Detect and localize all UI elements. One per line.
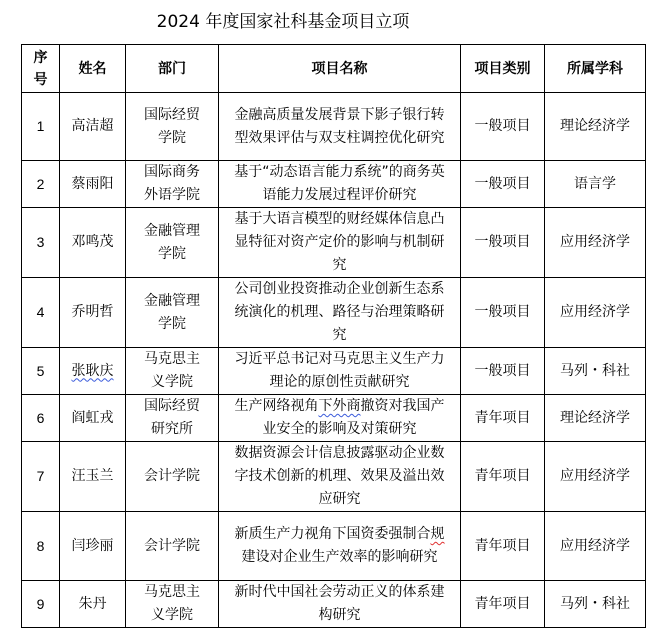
cell-dept: 国际经贸学院: [126, 93, 219, 161]
cell-seq: 9: [22, 581, 60, 628]
table-row: 2 蔡雨阳 国际商务外语学院 基于“动态语言能力系统”的商务英语能力发展过程评价…: [22, 161, 646, 208]
cell-seq: 1: [22, 93, 60, 161]
table-row: 8 闫珍丽 会计学院 新质生产力视角下国资委强制合规建设对企业生产效率的影响研究…: [22, 512, 646, 581]
cell-category: 一般项目: [461, 161, 545, 208]
cell-seq: 2: [22, 161, 60, 208]
project-text-spellcheck-underlined: 下外商: [319, 398, 361, 414]
cell-project: 基于大语言模型的财经媒体信息凸显特征对资产定价的影响与机制研究: [219, 208, 461, 278]
cell-project: 公司创业投资推动企业创新生态系统演化的机理、路径与治理策略研究: [219, 278, 461, 348]
cell-category: 青年项目: [461, 512, 545, 581]
header-dept: 部门: [126, 45, 219, 93]
header-project: 项目名称: [219, 45, 461, 93]
cell-discipline: 应用经济学: [545, 208, 646, 278]
cell-discipline: 应用经济学: [545, 512, 646, 581]
cell-discipline: 语言学: [545, 161, 646, 208]
cell-seq: 7: [22, 442, 60, 512]
project-text: 建设对企业生产效率的影响研究: [242, 549, 438, 565]
table-row: 3 邓鸣茂 金融管理学院 基于大语言模型的财经媒体信息凸显特征对资产定价的影响与…: [22, 208, 646, 278]
cell-project: 习近平总书记对马克思主义生产力理论的原创性贡献研究: [219, 348, 461, 395]
cell-dept: 金融管理学院: [126, 208, 219, 278]
cell-project: 基于“动态语言能力系统”的商务英语能力发展过程评价研究: [219, 161, 461, 208]
cell-discipline: 理论经济学: [545, 395, 646, 442]
cell-dept: 会计学院: [126, 442, 219, 512]
cell-category: 一般项目: [461, 93, 545, 161]
cell-discipline: 应用经济学: [545, 278, 646, 348]
table-row: 6 阎虹戎 国际经贸研究所 生产网络视角下外商撤资对我国产业安全的影响及对策研究…: [22, 395, 646, 442]
project-text: 新质生产力视角下国资委强制合: [235, 526, 431, 542]
cell-seq: 6: [22, 395, 60, 442]
cell-dept: 国际商务外语学院: [126, 161, 219, 208]
header-name: 姓名: [60, 45, 126, 93]
table-row: 7 汪玉兰 会计学院 数据资源会计信息披露驱动企业数字技术创新的机理、效果及溢出…: [22, 442, 646, 512]
cell-seq: 3: [22, 208, 60, 278]
cell-category: 青年项目: [461, 442, 545, 512]
cell-seq: 5: [22, 348, 60, 395]
cell-category: 一般项目: [461, 208, 545, 278]
cell-dept: 马克思主义学院: [126, 581, 219, 628]
cell-name: 乔明哲: [60, 278, 126, 348]
cell-dept: 国际经贸研究所: [126, 395, 219, 442]
table-row: 4 乔明哲 金融管理学院 公司创业投资推动企业创新生态系统演化的机理、路径与治理…: [22, 278, 646, 348]
cell-name: 朱丹: [60, 581, 126, 628]
cell-project: 生产网络视角下外商撤资对我国产业安全的影响及对策研究: [219, 395, 461, 442]
cell-project: 数据资源会计信息披露驱动企业数字技术创新的机理、效果及溢出效应研究: [219, 442, 461, 512]
cell-dept: 金融管理学院: [126, 278, 219, 348]
cell-discipline: 马列・科社: [545, 581, 646, 628]
cell-name: 汪玉兰: [60, 442, 126, 512]
cell-seq: 8: [22, 512, 60, 581]
table-header-row: 序号 姓名 部门 项目名称 项目类别 所属学科: [22, 45, 646, 93]
cell-category: 青年项目: [461, 395, 545, 442]
cell-dept: 马克思主义学院: [126, 348, 219, 395]
cell-dept: 会计学院: [126, 512, 219, 581]
grant-table: 序号 姓名 部门 项目名称 项目类别 所属学科 1 高洁超 国际经贸学院 金融高…: [21, 44, 646, 628]
cell-discipline: 应用经济学: [545, 442, 646, 512]
cell-name: 蔡雨阳: [60, 161, 126, 208]
header-discipline: 所属学科: [545, 45, 646, 93]
cell-name: 高洁超: [60, 93, 126, 161]
cell-discipline: 理论经济学: [545, 93, 646, 161]
header-category: 项目类别: [461, 45, 545, 93]
document-title: 2024 年度国家社科基金项目立项: [0, 10, 566, 34]
name-spellcheck-underlined: 张耿庆: [72, 363, 114, 379]
table-row: 1 高洁超 国际经贸学院 金融高质量发展背景下影子银行转型效果评估与双支柱调控优…: [22, 93, 646, 161]
project-text: 生产网络视角: [235, 398, 319, 414]
table-row: 9 朱丹 马克思主义学院 新时代中国社会劳动正义的体系建构研究 青年项目 马列・…: [22, 581, 646, 628]
table-row: 5 张耿庆 马克思主义学院 习近平总书记对马克思主义生产力理论的原创性贡献研究 …: [22, 348, 646, 395]
cell-project: 新质生产力视角下国资委强制合规建设对企业生产效率的影响研究: [219, 512, 461, 581]
project-text-spellcheck-underlined: 规: [431, 526, 445, 542]
cell-seq: 4: [22, 278, 60, 348]
cell-category: 青年项目: [461, 581, 545, 628]
header-seq: 序号: [22, 45, 60, 93]
cell-category: 一般项目: [461, 278, 545, 348]
cell-project: 新时代中国社会劳动正义的体系建构研究: [219, 581, 461, 628]
cell-name: 闫珍丽: [60, 512, 126, 581]
cell-project: 金融高质量发展背景下影子银行转型效果评估与双支柱调控优化研究: [219, 93, 461, 161]
cell-category: 一般项目: [461, 348, 545, 395]
cell-name: 阎虹戎: [60, 395, 126, 442]
cell-name: 张耿庆: [60, 348, 126, 395]
cell-name: 邓鸣茂: [60, 208, 126, 278]
cell-discipline: 马列・科社: [545, 348, 646, 395]
